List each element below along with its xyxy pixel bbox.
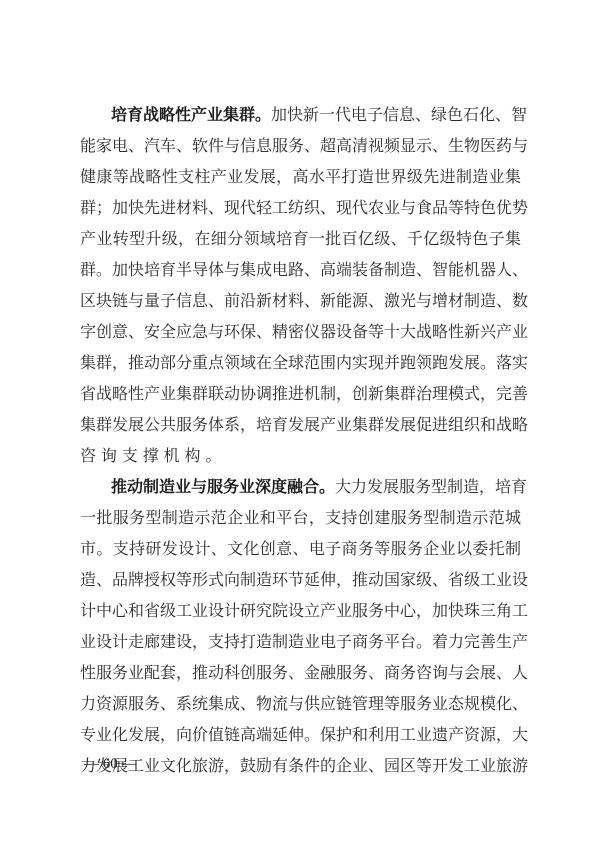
paragraph-2-line-4: 造、品牌授权等形式向制造环节延伸，推动国家级、省级工业设: [80, 564, 521, 595]
document-page: 培育战略性产业集群。加快新一代电子信息、绿色石化、智 能家电、汽车、软件与信息服…: [0, 0, 600, 848]
paragraph-1-line-4: 群；加快先进材料、现代轻工纺织、现代农业与食品等特色优势: [80, 192, 521, 223]
paragraph-1-line-7: 区块链与量子信息、前沿新材料、新能源、激光与增材制造、数: [80, 285, 521, 316]
paragraph-2-text: 大力发展服务型制造，培育: [335, 477, 527, 496]
paragraph-1-line-11: 集群发展公共服务体系，培育发展产业集群发展促进组织和战略: [80, 409, 521, 440]
paragraph-1-line-1: 培育战略性产业集群。加快新一代电子信息、绿色石化、智: [111, 99, 521, 130]
paragraph-2-line-6: 业设计走廊建设，支持打造制造业电子商务平台。着力完善生产: [80, 626, 521, 657]
paragraph-1-line-10: 省战略性产业集群联动协调推进机制，创新集群治理模式，完善: [80, 378, 521, 409]
paragraph-1-line-9: 集群，推动部分重点领域在全球范围内实现并跑领跑发展。落实: [80, 347, 521, 378]
paragraph-1-line-2: 能家电、汽车、软件与信息服务、超高清视频显示、生物医药与: [80, 130, 521, 161]
paragraph-1-line-6: 群。加快培育半导体与集成电路、高端装备制造、智能机器人、: [80, 254, 521, 285]
paragraph-2-line-3: 市。支持研发设计、文化创意、电子商务等服务企业以委托制: [80, 533, 521, 564]
paragraph-1-heading: 培育战略性产业集群。: [111, 105, 271, 124]
paragraph-2-line-2: 一批服务型制造示范企业和平台，支持创建服务型制造示范城: [80, 502, 521, 533]
paragraph-1-line-8: 字创意、安全应急与环保、精密仪器设备等十大战略性新兴产业: [80, 316, 521, 347]
paragraph-2-line-8: 力资源服务、系统集成、物流与供应链管理等服务业态规模化、: [80, 688, 521, 719]
paragraph-2-line-7: 性服务业配套，推动科创服务、金融服务、商务咨询与会展、人: [80, 657, 521, 688]
paragraph-2-line-1: 推动制造业与服务业深度融合。大力发展服务型制造，培育: [111, 471, 521, 502]
paragraph-2-line-5: 计中心和省级工业设计研究院设立产业服务中心，加快珠三角工: [80, 595, 521, 626]
paragraph-2-line-10: 力发展工业文化旅游，鼓励有条件的企业、园区等开发工业旅游: [80, 750, 521, 781]
paragraph-1-line-5: 产业转型升级，在细分领域培育一批百亿级、千亿级特色子集: [80, 223, 521, 254]
paragraph-2-line-9: 专业化发展，向价值链高端延伸。保护和利用工业遗产资源，大: [80, 719, 521, 750]
paragraph-1-line-3: 健康等战略性支柱产业发展，高水平打造世界级先进制造业集: [80, 161, 521, 192]
paragraph-2-heading: 推动制造业与服务业深度融合。: [111, 477, 335, 496]
paragraph-1-text: 加快新一代电子信息、绿色石化、智: [271, 105, 527, 124]
paragraph-1-line-12: 咨询支撑机构。: [80, 440, 521, 471]
